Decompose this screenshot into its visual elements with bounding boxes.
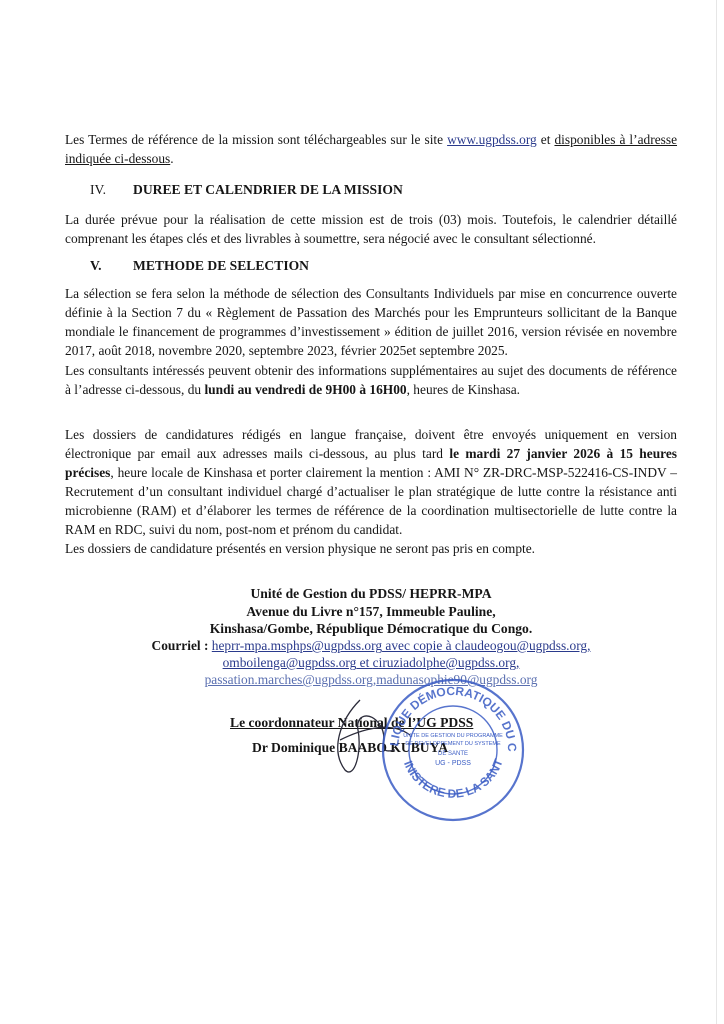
svg-text:UNITE DE GESTION DU PROGRAMME: UNITE DE GESTION DU PROGRAMME [403, 733, 503, 739]
email-link[interactable]: ciruziadolphe@ugpdss.org, [373, 655, 520, 670]
address-block: Unité de Gestion du PDSS/ HEPRR-MPA Aven… [65, 585, 677, 638]
email-link[interactable]: passation.marches@ugpdss.org, [205, 672, 377, 687]
page-edge [716, 0, 717, 1024]
email-link[interactable]: heprr-mpa.msphps@ugpdss.org [212, 638, 382, 653]
svg-text:UG - PDSS: UG - PDSS [435, 760, 471, 767]
email-block: Courriel : heprr-mpa.msphps@ugpdss.org a… [65, 637, 677, 688]
website-link[interactable]: www.ugpdss.org [447, 132, 537, 147]
section-v-number: V. [90, 256, 133, 275]
info-hours: lundi au vendredi de 9H00 à 16H00 [204, 382, 406, 397]
section-v-title: METHODE DE SELECTION [133, 258, 309, 273]
section-v-body: La sélection se fera selon la méthode de… [65, 284, 677, 360]
and-text: et [356, 655, 372, 670]
section-v-heading: V.METHODE DE SELECTION [90, 256, 309, 275]
email-link[interactable]: omboilenga@ugpdss.org [223, 655, 357, 670]
intro-text: Les Termes de référence de la mission so… [65, 132, 447, 147]
intro-middle: et [537, 132, 555, 147]
intro-paragraph: Les Termes de référence de la mission so… [65, 130, 677, 168]
official-stamp-icon: RÉPUBLIQUE DÉMOCRATIQUE DU CONGO MINISTE… [378, 675, 528, 825]
section-iv-heading: IV.DUREE ET CALENDRIER DE LA MISSION [90, 180, 403, 199]
address-line-3: Kinshasa/Gombe, République Démocratique … [65, 620, 677, 638]
svg-text:DE DEVELOPPEMENT DU SYSTEME: DE DEVELOPPEMENT DU SYSTEME [405, 741, 501, 747]
email-link[interactable]: claudeogou@ugpdss.org, [455, 638, 591, 653]
submission-paragraph: Les dossiers de candidatures rédigés en … [65, 425, 677, 539]
intro-end: . [170, 151, 173, 166]
submission-mention: , heure locale de Kinshasa et porter cla… [65, 465, 677, 537]
section-iv-body: La durée prévue pour la réalisation de c… [65, 210, 677, 248]
address-line-1: Unité de Gestion du PDSS/ HEPRR-MPA [65, 585, 677, 603]
section-iv-number: IV. [90, 180, 133, 199]
email-line-3: passation.marches@ugpdss.org,madunasophi… [65, 671, 677, 688]
address-line-2: Avenue du Livre n°157, Immeuble Pauline, [65, 603, 677, 621]
physical-note: Les dossiers de candidature présentés en… [65, 539, 677, 558]
section-iv-title: DUREE ET CALENDRIER DE LA MISSION [133, 182, 403, 197]
email-line-2: omboilenga@ugpdss.org et ciruziadolphe@u… [65, 654, 677, 671]
copy-text: avec copie à [382, 638, 455, 653]
svg-text:DE SANTE: DE SANTE [438, 751, 468, 757]
email-line-1: Courriel : heprr-mpa.msphps@ugpdss.org a… [65, 637, 677, 654]
info-end: , heures de Kinshasa. [407, 382, 520, 397]
courriel-label: Courriel : [152, 638, 212, 653]
info-paragraph: Les consultants intéressés peuvent obten… [65, 361, 677, 399]
